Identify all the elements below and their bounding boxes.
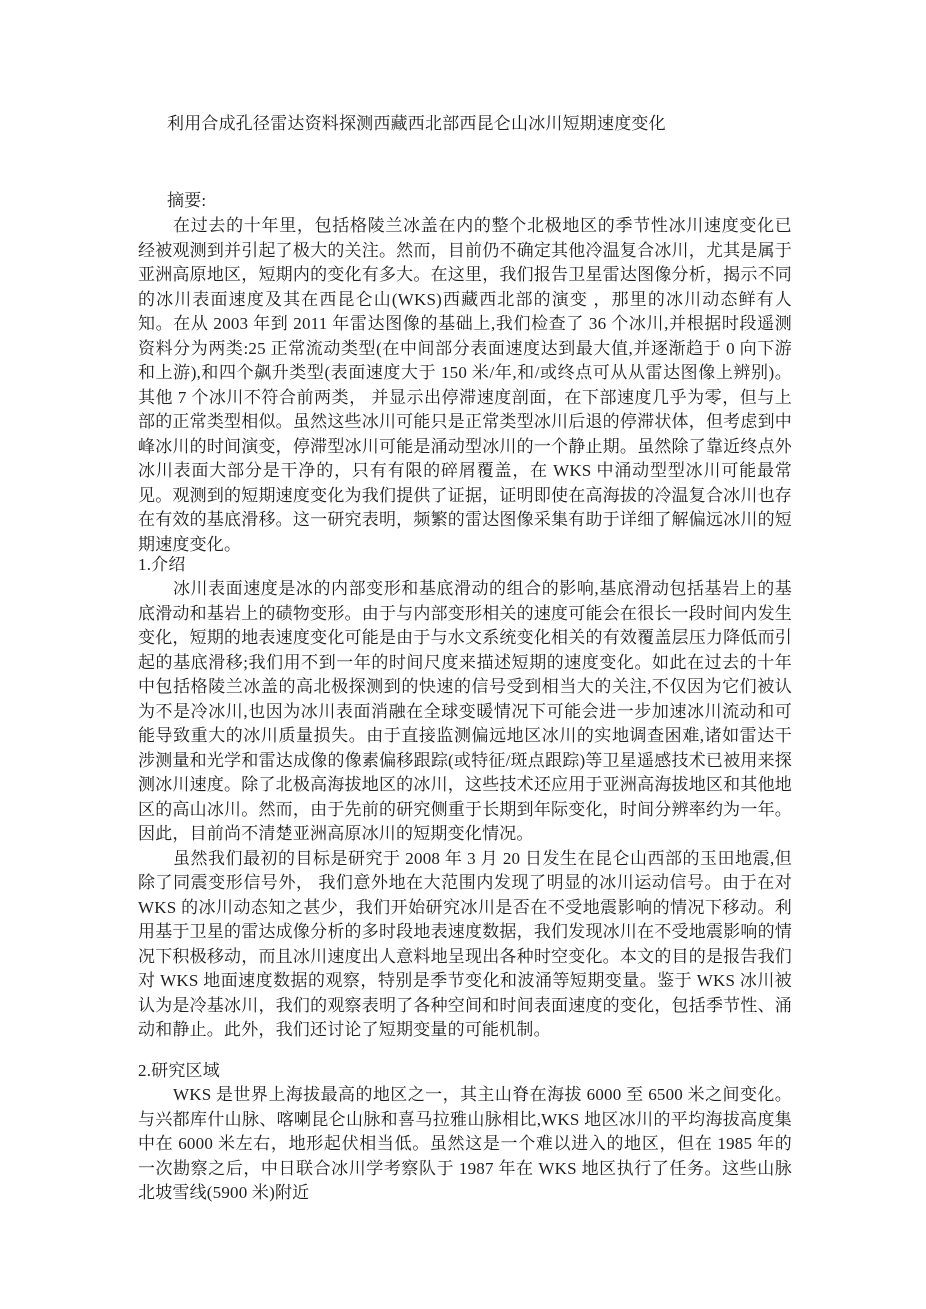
section-1-body: 冰川表面速度是冰的内部变形和基底滑动的组合的影响,基底滑动包括基岩上的基底滑动和… [138, 577, 792, 1043]
section-1-paragraph-2: 虽然我们最初的目标是研究于 2008 年 3 月 20 日发生在昆仑山西部的玉田… [138, 847, 792, 1043]
abstract-body: 在过去的十年里，包括格陵兰冰盖在内的整个北极地区的季节性冰川速度变化已经被观测到… [138, 214, 792, 557]
document-title: 利用合成孔径雷达资料探测西藏西北部西昆仑山冰川短期速度变化 [138, 112, 792, 137]
section-2-paragraph-1: WKS 是世界上海拔最高的地区之一，其主山脊在海拔 6000 至 6500 米之… [138, 1083, 792, 1206]
document-page: 利用合成孔径雷达资料探测西藏西北部西昆仑山冰川短期速度变化 摘要: 在过去的十年… [0, 0, 926, 1309]
section-1-paragraph-1: 冰川表面速度是冰的内部变形和基底滑动的组合的影响,基底滑动包括基岩上的基底滑动和… [138, 577, 792, 847]
abstract-heading: 摘要: [138, 189, 792, 214]
section-2-heading: 2.研究区域 [138, 1059, 792, 1084]
section-1-heading: 1.介绍 [138, 553, 792, 578]
